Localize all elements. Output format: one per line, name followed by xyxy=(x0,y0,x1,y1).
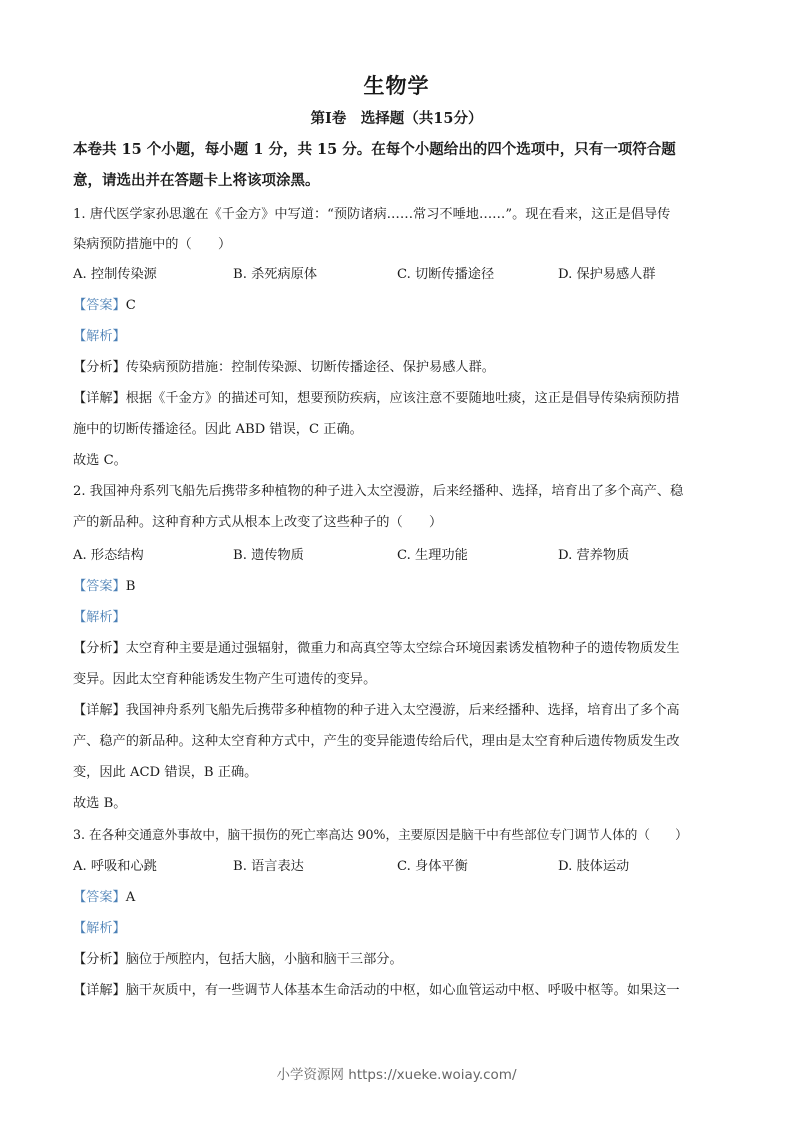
option-d: D. 保护易感人群 xyxy=(558,265,656,285)
option-b: B. 语言表达 xyxy=(233,857,304,877)
question-3-analysis-header: 【解析】 xyxy=(73,919,723,939)
detail-label: 【详解】 xyxy=(73,703,126,718)
section-subtitle: 第Ⅰ卷 选择题（共15分） xyxy=(0,107,793,128)
question-1-stem-line-2: 染病预防措施中的（ ） xyxy=(73,235,723,255)
detail-label: 【详解】 xyxy=(73,983,126,998)
answer-value: A xyxy=(126,890,136,905)
question-2-stem-line-1: 2. 我国神舟系列飞船先后携带多种植物的种子进入太空漫游，后来经播种、选择，培育… xyxy=(73,482,723,502)
analysis-label: 【分析】 xyxy=(73,952,126,967)
question-3-stem: 3. 在各种交通意外事故中，脑干损伤的死亡率高达 90%，主要原因是脑干中有些部… xyxy=(73,825,723,845)
answer-value: B xyxy=(126,579,136,594)
question-2-analysis-line-1: 【分析】太空育种主要是通过强辐射，微重力和高真空等太空综合环境因素诱发植物种子的… xyxy=(73,639,723,659)
question-1-stem-line-1: 1. 唐代医学家孙思邈在《千金方》中写道：“预防诸病……常习不唾地……”。现在看… xyxy=(73,205,723,225)
option-b: B. 杀死病原体 xyxy=(233,265,317,285)
option-a: A. 呼吸和心跳 xyxy=(73,857,157,877)
option-a: A. 形态结构 xyxy=(73,546,144,566)
analysis-label: 【分析】 xyxy=(73,641,126,656)
answer-value: C xyxy=(126,298,136,313)
option-a: A. 控制传染源 xyxy=(73,265,157,285)
question-2-answer: 【答案】B xyxy=(73,577,723,597)
question-2-detail-line-3: 变，因此 ACD 错误，B 正确。 xyxy=(73,763,723,783)
question-1-detail-line-1: 【详解】根据《千金方》的描述可知，想要预防疾病，应该注意不要随地吐痰，这正是倡导… xyxy=(73,389,723,409)
question-3-analysis: 【分析】脑位于颅腔内，包括大脑，小脑和脑干三部分。 xyxy=(73,950,723,970)
analysis-label: 【分析】 xyxy=(73,360,126,375)
option-c: C. 身体平衡 xyxy=(397,857,468,877)
document-page: 生物学 第Ⅰ卷 选择题（共15分） 本卷共 15 个小题，每小题 1 分，共 1… xyxy=(0,0,793,1122)
question-2-detail-line-2: 产、稳产的新品种。这种太空育种方式中，产生的变异能遗传给后代，理由是太空育种后遗… xyxy=(73,732,723,752)
question-2-detail-line-1: 【详解】我国神舟系列飞船先后携带多种植物的种子进入太空漫游，后来经播种、选择，培… xyxy=(73,701,723,721)
question-1-detail-line-2: 施中的切断传播途径。因此 ABD 错误，C 正确。 xyxy=(73,420,723,440)
detail-label: 【详解】 xyxy=(73,391,126,406)
answer-label: 【答案】 xyxy=(73,579,126,594)
option-d: D. 肢体运动 xyxy=(558,857,629,877)
question-2-analysis-header: 【解析】 xyxy=(73,608,723,628)
question-2-analysis-line-2: 变异。因此太空育种能诱发生物产生可遗传的变异。 xyxy=(73,670,723,690)
question-1-conclusion: 故选 C。 xyxy=(73,451,723,471)
instructions-line-2: 意，请选出并在答题卡上将该项涂黑。 xyxy=(73,171,723,191)
question-3-detail-line-1: 【详解】脑干灰质中，有一些调节人体基本生命活动的中枢，如心血管运动中枢、呼吸中枢… xyxy=(73,981,723,1001)
question-1-answer: 【答案】C xyxy=(73,296,723,316)
answer-label: 【答案】 xyxy=(73,890,126,905)
option-c: C. 切断传播途径 xyxy=(397,265,494,285)
question-1-analysis-header: 【解析】 xyxy=(73,327,723,347)
question-2-conclusion: 故选 B。 xyxy=(73,794,723,814)
question-3-answer: 【答案】A xyxy=(73,888,723,908)
answer-label: 【答案】 xyxy=(73,298,126,313)
option-d: D. 营养物质 xyxy=(558,546,629,566)
instructions-line-1: 本卷共 15 个小题，每小题 1 分，共 15 分。在每个小题给出的四个选项中，… xyxy=(73,140,723,160)
option-b: B. 遗传物质 xyxy=(233,546,304,566)
question-1-analysis: 【分析】传染病预防措施：控制传染源、切断传播途径、保护易感人群。 xyxy=(73,358,723,378)
option-c: C. 生理功能 xyxy=(397,546,468,566)
footer-watermark: 小学资源网 https://xueke.woiay.com/ xyxy=(0,1063,793,1083)
page-title: 生物学 xyxy=(0,70,793,100)
question-2-stem-line-2: 产的新品种。这种育种方式从根本上改变了这些种子的（ ） xyxy=(73,513,723,533)
